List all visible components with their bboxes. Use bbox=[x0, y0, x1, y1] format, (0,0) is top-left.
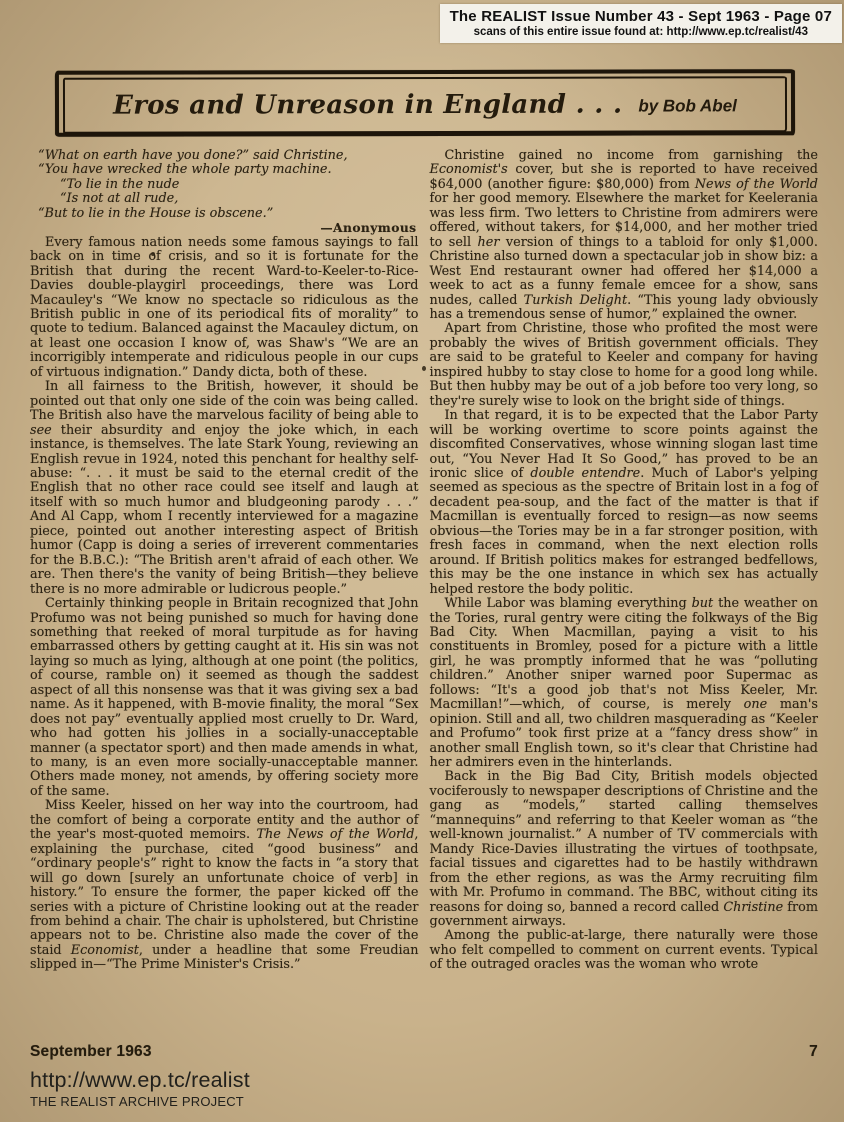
issue-date: September 1963 bbox=[30, 1043, 152, 1061]
print-artifact-dot bbox=[151, 252, 155, 256]
print-artifact-dot bbox=[422, 366, 426, 371]
paragraph: In all fairness to the British, however,… bbox=[30, 380, 419, 597]
archive-project-label: THE REALIST ARCHIVE PROJECT bbox=[30, 1094, 250, 1109]
epigraph-verse: “What on earth have you done?” said Chri… bbox=[30, 149, 419, 236]
epigraph-attribution: —Anonymous bbox=[38, 221, 419, 235]
article-byline: by Bob Abel bbox=[638, 93, 737, 116]
scan-info-label: The REALIST Issue Number 43 - Sept 1963 … bbox=[440, 4, 842, 43]
paragraph: In that regard, it is to be expected tha… bbox=[430, 409, 819, 597]
scan-issue-info: The REALIST Issue Number 43 - Sept 1963 … bbox=[450, 8, 832, 25]
left-column: “What on earth have you done?” said Chri… bbox=[30, 149, 419, 973]
paragraph: Back in the Big Bad City, British models… bbox=[430, 770, 819, 929]
magazine-page-scan: The REALIST Issue Number 43 - Sept 1963 … bbox=[0, 70, 844, 973]
paragraph: Among the public-at-large, there natural… bbox=[430, 929, 819, 972]
epigraph-line: “But to lie in the House is obscene.” bbox=[38, 207, 419, 221]
scan-source-url: scans of this entire issue found at: htt… bbox=[450, 26, 832, 38]
paragraph: Miss Keeler, hissed on her way into the … bbox=[30, 799, 419, 972]
epigraph-line: “You have wrecked the whole party machin… bbox=[38, 163, 419, 177]
page-footer: September 1963 7 bbox=[30, 1043, 818, 1061]
article-body: “What on earth have you done?” said Chri… bbox=[0, 136, 844, 973]
article-title-banner: Eros and Unreason in England . . . by Bo… bbox=[55, 69, 795, 137]
paragraph: Certainly thinking people in Britain rec… bbox=[30, 597, 419, 799]
paragraph: Christine gained no income from garnishi… bbox=[430, 149, 819, 322]
archive-credit: http://www.ep.tc/realist THE REALIST ARC… bbox=[30, 1068, 250, 1109]
epigraph-line: “Is not at all rude, bbox=[38, 192, 419, 206]
article-title-banner-inner: Eros and Unreason in England . . . by Bo… bbox=[63, 76, 787, 134]
archive-url: http://www.ep.tc/realist bbox=[30, 1068, 250, 1093]
page-number: 7 bbox=[809, 1043, 818, 1061]
article-title: Eros and Unreason in England . . . bbox=[113, 90, 622, 121]
paragraph: While Labor was blaming everything but t… bbox=[430, 597, 819, 770]
paragraph: Every famous nation needs some famous sa… bbox=[30, 236, 419, 381]
right-column: Christine gained no income from garnishi… bbox=[430, 149, 819, 973]
paragraph: Apart from Christine, those who profited… bbox=[430, 322, 819, 409]
